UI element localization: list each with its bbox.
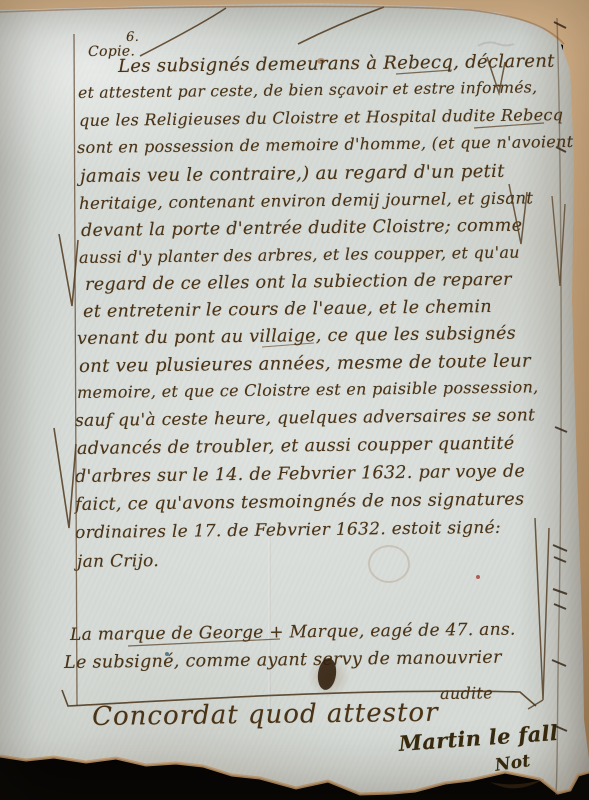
manuscript-line: aussi d'y planter des arbres, et les cou… bbox=[79, 245, 520, 266]
manuscript-line: et entretenir le cours de l'eaue, et le … bbox=[83, 299, 492, 321]
manuscript-page: Copie. 6. Les subsignés demeurans à Rebe… bbox=[0, 0, 589, 800]
paper-crease bbox=[268, 525, 271, 710]
manuscript-line: memoire, et que ce Cloistre est en paisi… bbox=[77, 379, 539, 401]
manuscript-line: regard de ce elles ont la subiection de … bbox=[85, 272, 512, 295]
manuscript-line: devant la porte d'entrée dudite Cloistre… bbox=[81, 218, 522, 241]
manuscript-photo: Copie. 6. Les subsignés demeurans à Rebe… bbox=[0, 0, 589, 800]
manuscript-line: que les Religieuses du Cloistre et Hospi… bbox=[79, 107, 563, 129]
manuscript-line: jamais veu le contraire,) au regard d'un… bbox=[80, 163, 505, 186]
manuscript-line: ont veu plusieures années, mesme de tout… bbox=[79, 352, 531, 376]
manuscript-line: sont en possession de memoire d'homme, (… bbox=[77, 134, 574, 156]
manuscript-line: Les subsignés demeurans à Rebecq, déclar… bbox=[118, 53, 555, 76]
manuscript-line: jan Crijo. bbox=[77, 553, 159, 571]
notary-paraph bbox=[490, 779, 544, 788]
manuscript-line: d'arbres sur le 14. de Febvrier 1632. pa… bbox=[75, 464, 525, 487]
folio-number: 6. bbox=[126, 30, 139, 45]
manuscript-line: heritaige, contenant environ demij journ… bbox=[79, 190, 533, 212]
notary-attestation-latin: Concordat quod attestor bbox=[92, 700, 439, 730]
seal-ring-showthrough bbox=[368, 545, 410, 583]
manuscript-line: advancés de troubler, et aussi coupper q… bbox=[77, 436, 515, 459]
manuscript-line: sauf qu'à ceste heure, quelques adversai… bbox=[75, 407, 535, 430]
manuscript-line: ordinaires le 17. de Febvrier 1632. esto… bbox=[75, 520, 501, 542]
manuscript-line: et attestent par ceste, de bien sçavoir … bbox=[78, 80, 537, 101]
manuscript-line: faict, ce qu'avons tesmoingnés de nos si… bbox=[75, 492, 524, 515]
subsigned-line-continuation: audite bbox=[440, 685, 493, 702]
manuscript-line: venant du pont au villaige, ce que les s… bbox=[77, 326, 516, 349]
notary-title: Not bbox=[494, 753, 532, 775]
witness-mark-line: La marque de George + Marque, eagé de 47… bbox=[70, 622, 516, 644]
red-speck bbox=[476, 575, 480, 579]
subsigned-line: Le subsigné, comme ayant servy de manouv… bbox=[64, 650, 502, 673]
